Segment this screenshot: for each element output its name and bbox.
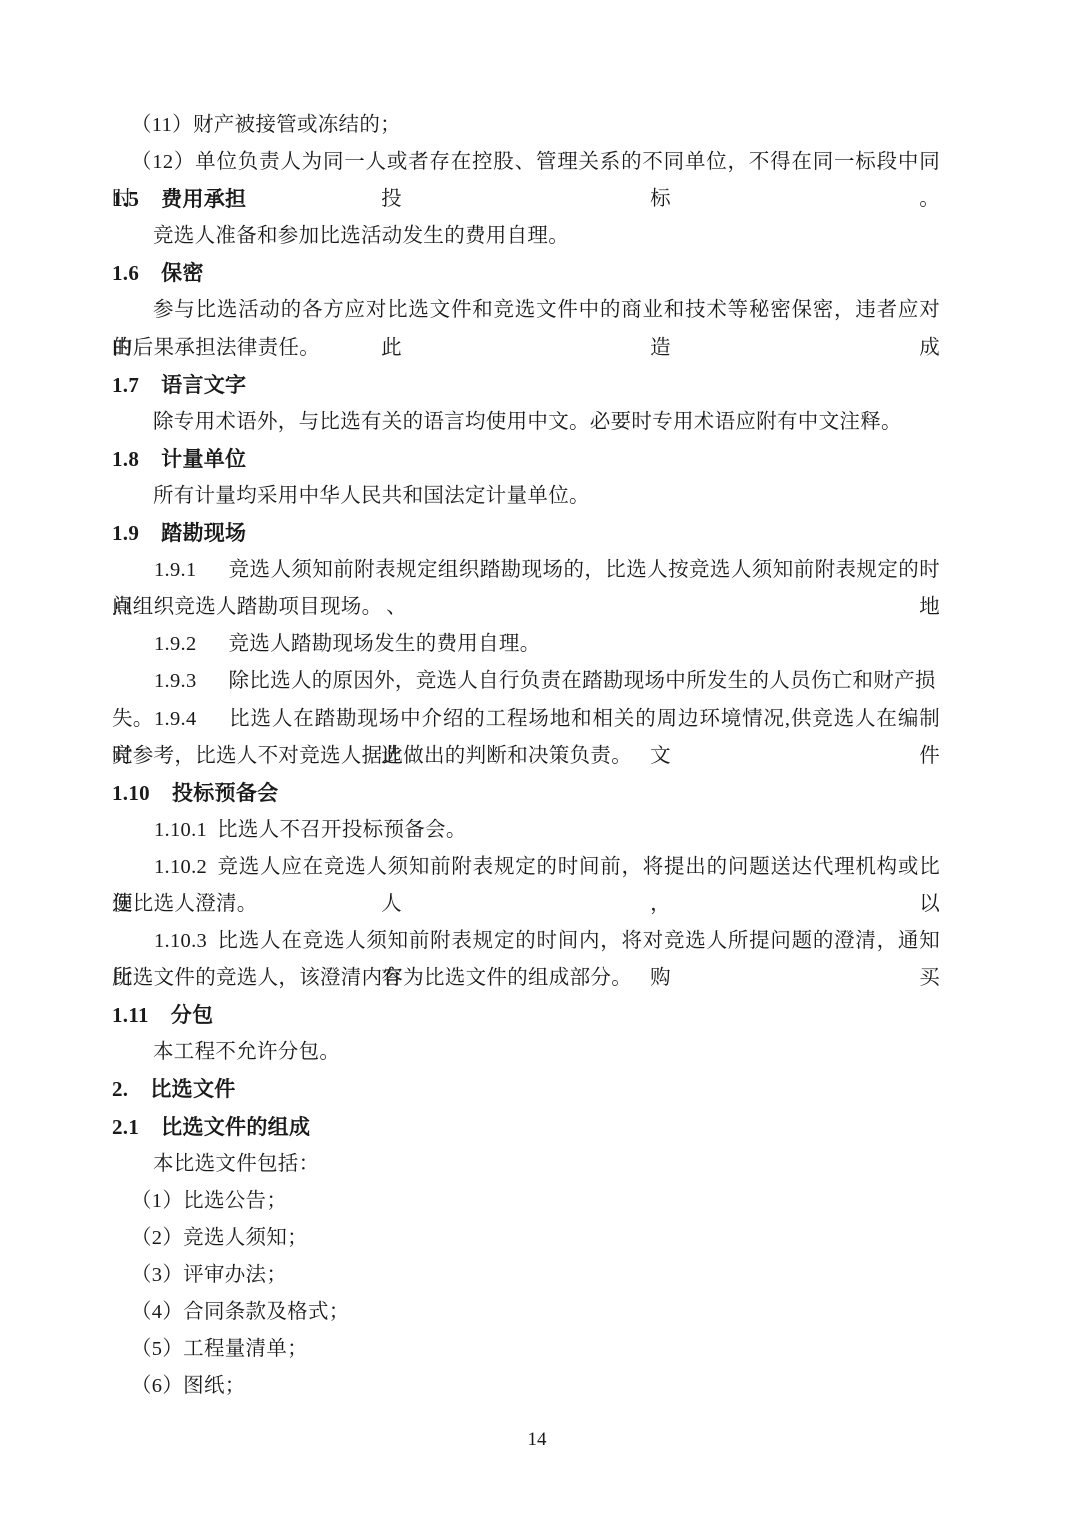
document-page: （11）财产被接管或冻结的；（12）单位负责人为同一人或者存在控股、管理关系的不… xyxy=(0,0,1074,1520)
clause-number: 1.10.2 xyxy=(133,849,207,886)
heading-number: 2. xyxy=(112,1071,128,1108)
heading-title: 保密 xyxy=(161,261,204,285)
section-heading: 2.1比选文件的组成 xyxy=(112,1109,940,1146)
page-number: 14 xyxy=(0,1427,1074,1453)
text-line: （12）单位负责人为同一人或者存在控股、管理关系的不同单位，不得在同一标段中同时… xyxy=(112,144,940,181)
text-line: 1.9.1竞选人须知前附表规定组织踏勘现场的，比选人按竞选人须知前附表规定的时间… xyxy=(112,552,940,589)
section-heading: 1.7语言文字 xyxy=(112,367,940,404)
text-line: （6）图纸； xyxy=(112,1368,940,1405)
heading-title: 踏勘现场 xyxy=(161,521,246,545)
section-heading: 1.11分包 xyxy=(112,997,940,1034)
section-heading: 1.8计量单位 xyxy=(112,441,940,478)
text-line: 1.10.2竞选人应在竞选人须知前附表规定的时间前，将提出的问题送达代理机构或比… xyxy=(112,849,940,886)
heading-number: 1.5 xyxy=(112,181,139,218)
heading-number: 1.8 xyxy=(112,441,139,478)
heading-number: 1.7 xyxy=(112,367,139,404)
text-line: 参与比选活动的各方应对比选文件和竞选文件中的商业和技术等秘密保密，违者应对由此造… xyxy=(112,292,940,329)
heading-title: 语言文字 xyxy=(161,373,246,397)
text-line: （11）财产被接管或冻结的； xyxy=(112,107,940,144)
clause-number: 1.9.2 xyxy=(133,626,197,663)
text-line: 除专用术语外，与比选有关的语言均使用中文。必要时专用术语应附有中文注释。 xyxy=(112,404,940,441)
text-line: （1）比选公告； xyxy=(112,1183,940,1220)
text-line: （2）竞选人须知； xyxy=(112,1220,940,1257)
heading-title: 费用承担 xyxy=(161,187,246,211)
text-line: 本比选文件包括： xyxy=(112,1146,940,1183)
clause-text: 竞选人踏勘现场发生的费用自理。 xyxy=(229,633,541,655)
text-line: 1.10.3比选人在竞选人须知前附表规定的时间内，将对竞选人所提问题的澄清，通知… xyxy=(112,923,940,960)
text-line: 1.9.2竞选人踏勘现场发生的费用自理。 xyxy=(112,626,940,663)
text-line: （5）工程量清单； xyxy=(112,1331,940,1368)
clause-text: 比选人不召开投标预备会。 xyxy=(217,819,467,841)
section-heading: 1.9踏勘现场 xyxy=(112,515,940,552)
text-line: 本工程不允许分包。 xyxy=(112,1034,940,1071)
heading-title: 分包 xyxy=(171,1003,214,1027)
heading-number: 1.6 xyxy=(112,255,139,292)
text-line: 1.9.3除比选人的原因外，竞选人自行负责在踏勘现场中所发生的人员伤亡和财产损失… xyxy=(112,663,940,700)
clause-number: 1.9.4 xyxy=(133,701,197,738)
heading-title: 计量单位 xyxy=(161,447,246,471)
text-line: （3）评审办法； xyxy=(112,1257,940,1294)
heading-number: 1.10 xyxy=(112,775,150,812)
clause-number: 1.10.3 xyxy=(133,923,207,960)
section-heading: 1.6保密 xyxy=(112,255,940,292)
heading-title: 投标预备会 xyxy=(172,781,279,805)
section-heading: 2.比选文件 xyxy=(112,1071,940,1108)
document-body: （11）财产被接管或冻结的；（12）单位负责人为同一人或者存在控股、管理关系的不… xyxy=(112,107,940,1405)
text-line: （4）合同条款及格式； xyxy=(112,1294,940,1331)
heading-number: 1.11 xyxy=(112,997,149,1034)
heading-title: 比选文件的组成 xyxy=(161,1115,310,1139)
text-line: 1.10.1比选人不召开投标预备会。 xyxy=(112,812,940,849)
heading-number: 1.9 xyxy=(112,515,139,552)
section-heading: 1.10投标预备会 xyxy=(112,775,940,812)
text-line: 1.9.4比选人在踏勘现场中介绍的工程场地和相关的周边环境情况,供竞选人在编制竞… xyxy=(112,701,940,738)
heading-title: 比选文件 xyxy=(150,1077,235,1101)
clause-number: 1.10.1 xyxy=(133,812,207,849)
heading-number: 2.1 xyxy=(112,1109,139,1146)
clause-number: 1.9.1 xyxy=(133,552,197,589)
text-line: 竞选人准备和参加比选活动发生的费用自理。 xyxy=(112,218,940,255)
clause-number: 1.9.3 xyxy=(133,663,197,700)
text-line: 所有计量均采用中华人民共和国法定计量单位。 xyxy=(112,478,940,515)
